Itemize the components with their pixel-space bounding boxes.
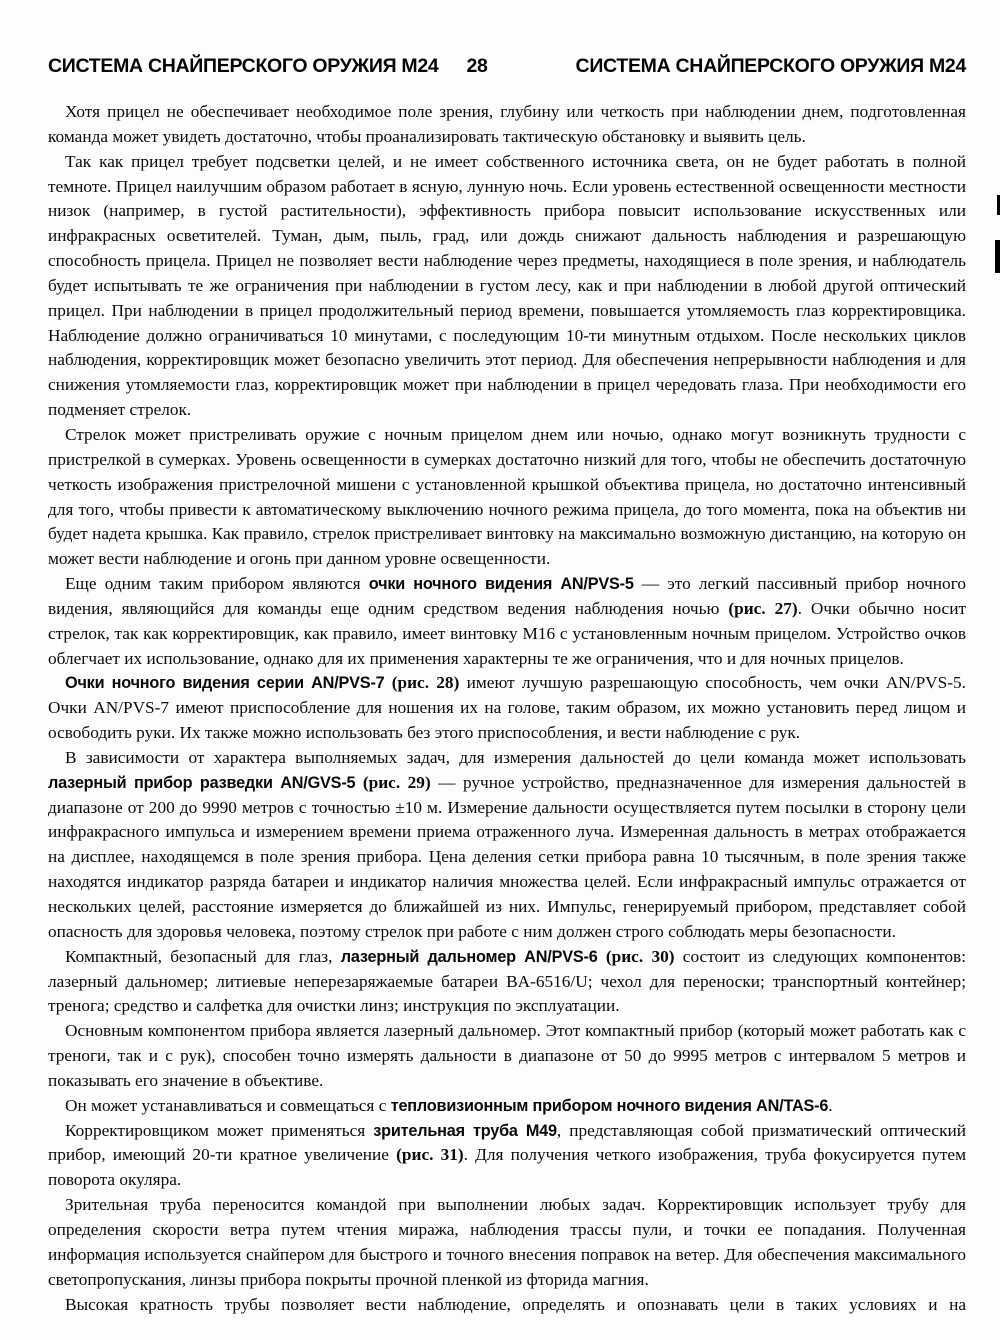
text-segment: . (828, 1096, 832, 1115)
scanned-book-page: СИСТЕМА СНАЙПЕРСКОГО ОРУЖИЯ М24 28 СИСТЕ… (0, 0, 1000, 1340)
paragraph: Он может устанавливаться и совмещаться с… (48, 1094, 966, 1119)
text-segment: — ручное устройство, предназначенное для… (48, 773, 966, 941)
term-text: зрительная труба М49 (373, 1122, 557, 1140)
paragraph: Так как прицел требует подсветки целей, … (48, 150, 966, 423)
term-text: лазерный прибор разведки AN/GVS-5 (48, 774, 363, 792)
figure-reference: (рис. 31) (396, 1145, 464, 1164)
term-text: лазерный дальномер AN/PVS-6 (341, 948, 606, 966)
text-segment: Стрелок может пристреливать оружие с ноч… (48, 425, 966, 568)
body-text: Хотя прицел не обеспечивает необходимое … (48, 100, 966, 1317)
paragraph: Еще одним таким прибором являются очки н… (48, 572, 966, 671)
text-segment: Основным компонентом прибора является ла… (48, 1021, 966, 1090)
term-text: Очки ночного видения серии AN/PVS-7 (65, 674, 392, 692)
term-text: тепловизионным прибором ночного видения … (391, 1097, 829, 1115)
text-segment: Он может устанавливаться и совмещаться с (65, 1096, 391, 1115)
figure-reference: (рис. 29) (363, 773, 431, 792)
text-segment: Зрительная труба переносится командой пр… (48, 1195, 966, 1289)
paragraph: Очки ночного видения серии AN/PVS-7 (рис… (48, 671, 966, 746)
text-segment: Корректировщиком может применяться (65, 1121, 373, 1140)
text-segment: Так как прицел требует подсветки целей, … (48, 152, 966, 419)
figure-reference: (рис. 30) (606, 947, 675, 966)
paragraph: Высокая кратность трубы позволяет вести … (48, 1293, 966, 1318)
text-segment: Компактный, безопасный для глаз, (65, 947, 341, 966)
text-segment: В зависимости от характера выполняемых з… (65, 748, 966, 767)
figure-reference: (рис. 28) (392, 673, 460, 692)
text-segment: Хотя прицел не обеспечивает необходимое … (48, 102, 966, 146)
paragraph: Стрелок может пристреливать оружие с ноч… (48, 423, 966, 572)
scan-artifact (995, 240, 1000, 273)
header-title-left: СИСТЕМА СНАЙПЕРСКОГО ОРУЖИЯ М24 (48, 55, 438, 78)
paragraph: Корректировщиком может применяться зрите… (48, 1119, 966, 1194)
header-title-right: СИСТЕМА СНАЙПЕРСКОГО ОРУЖИЯ М24 (576, 55, 966, 78)
paragraph: Компактный, безопасный для глаз, лазерны… (48, 945, 966, 1020)
paragraph: Хотя прицел не обеспечивает необходимое … (48, 100, 966, 150)
text-segment: Высокая кратность трубы позволяет вести … (65, 1295, 966, 1314)
paragraph: В зависимости от характера выполняемых з… (48, 746, 966, 945)
page-header: СИСТЕМА СНАЙПЕРСКОГО ОРУЖИЯ М24 28 СИСТЕ… (48, 55, 966, 78)
figure-reference: (рис. 27) (728, 599, 797, 618)
term-text: очки ночного видения AN/PVS-5 (369, 575, 634, 593)
paragraph: Зрительная труба переносится командой пр… (48, 1193, 966, 1292)
text-segment: Еще одним таким прибором являются (65, 574, 369, 593)
paragraph: Основным компонентом прибора является ла… (48, 1019, 966, 1094)
page-number: 28 (466, 55, 547, 78)
